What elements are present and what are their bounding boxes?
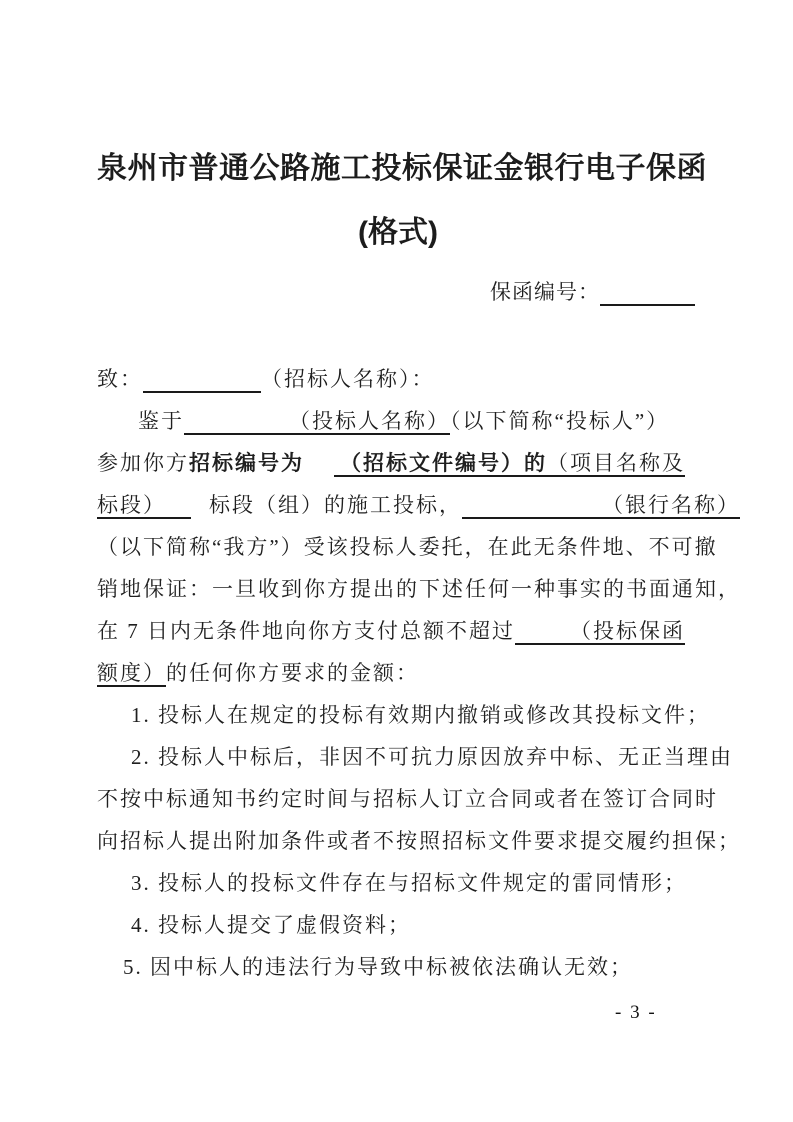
- document-page: 泉州市普通公路施工投标保证金银行电子保函 (格式) 保函编号： 致：（招标人名称…: [0, 0, 793, 1122]
- list-item-5: 5. 因中标人的违法行为导致中标被依法确认无效；: [97, 946, 699, 988]
- page-number: - 3 -: [615, 1002, 657, 1024]
- amount-suffix: 的任何你方要求的金额：: [166, 661, 419, 685]
- bank-name-hint: （银行名称）: [602, 493, 740, 517]
- amount-hint-tail: 额度）: [97, 661, 166, 687]
- project-name-hint: （项目名称及: [547, 451, 685, 477]
- bidder-name-hint: （投标人名称）: [289, 409, 450, 433]
- list-item-1: 1. 投标人在规定的投标有效期内撤销或修改其投标文件；: [97, 694, 699, 736]
- bidder-name-blank-group: （投标人名称）: [184, 409, 450, 435]
- list-item-2: 2. 投标人中标后，非因不可抗力原因放弃中标、无正当理由: [97, 736, 699, 778]
- list-item-2-cont-2: 向招标人提出附加条件或者不按照招标文件要求提交履约担保；: [97, 820, 699, 862]
- to-label: 致：: [97, 367, 143, 391]
- payment-prefix: 在 7 日内无条件地向你方支付总额不超过: [97, 619, 515, 643]
- guarantee-number-label: 保函编号：: [490, 280, 600, 304]
- tender-doc-number-hint: （招标文件编号）的: [340, 451, 547, 475]
- bank-name-blank-group: （银行名称）: [462, 493, 740, 519]
- section-hint-group: 标段）: [97, 493, 191, 519]
- tender-number-label: 招标编号为: [189, 451, 304, 475]
- whereas-prefix: 鉴于: [138, 409, 184, 433]
- section-hint: 标段）: [97, 493, 166, 517]
- list-item-4: 4. 投标人提交了虚假资料；: [97, 904, 699, 946]
- list-item-3: 3. 投标人的投标文件存在与招标文件规定的雷同情形；: [97, 862, 699, 904]
- line-payment: 在 7 日内无条件地向你方支付总额不超过（投标保函: [97, 610, 699, 652]
- guarantee-amount-group: （投标保函: [515, 619, 685, 645]
- list-item-2-cont-1: 不按中标通知书约定时间与招标人订立合同或者在签订合同时: [97, 778, 699, 820]
- to-suffix: （招标人名称）：: [261, 367, 435, 391]
- line-hereby-1: （以下简称“我方”）受该投标人委托，在此无条件地、不可撤: [97, 526, 699, 568]
- whereas-suffix: （以下简称“投标人”）: [450, 409, 669, 433]
- guarantee-amount-hint: （投标保函: [570, 619, 685, 643]
- line-participate: 参加你方招标编号为（招标文件编号）的（项目名称及: [97, 442, 699, 484]
- document-body: 致：（招标人名称）： 鉴于（投标人名称）（以下简称“投标人”） 参加你方招标编号…: [97, 358, 699, 988]
- document-title: 泉州市普通公路施工投标保证金银行电子保函: [97, 149, 699, 189]
- tenderee-name-blank: [143, 367, 261, 393]
- tender-doc-number-group: （招标文件编号）的: [334, 451, 547, 477]
- document-subtitle: (格式): [97, 213, 699, 253]
- line-section: 标段）标段（组）的施工投标，（银行名称）: [97, 484, 699, 526]
- line-hereby-2: 销地保证：一旦收到你方提出的下述任何一种事实的书面通知，: [97, 568, 699, 610]
- participate-prefix: 参加你方: [97, 451, 189, 475]
- line-whereas: 鉴于（投标人名称）（以下简称“投标人”）: [97, 400, 699, 442]
- section-middle: 标段（组）的施工投标，: [209, 493, 462, 517]
- guarantee-number-line: 保函编号：: [490, 280, 699, 304]
- guarantee-number-blank: [600, 280, 695, 306]
- line-to: 致：（招标人名称）：: [97, 358, 699, 400]
- line-amount: 额度）的任何你方要求的金额：: [97, 652, 699, 694]
